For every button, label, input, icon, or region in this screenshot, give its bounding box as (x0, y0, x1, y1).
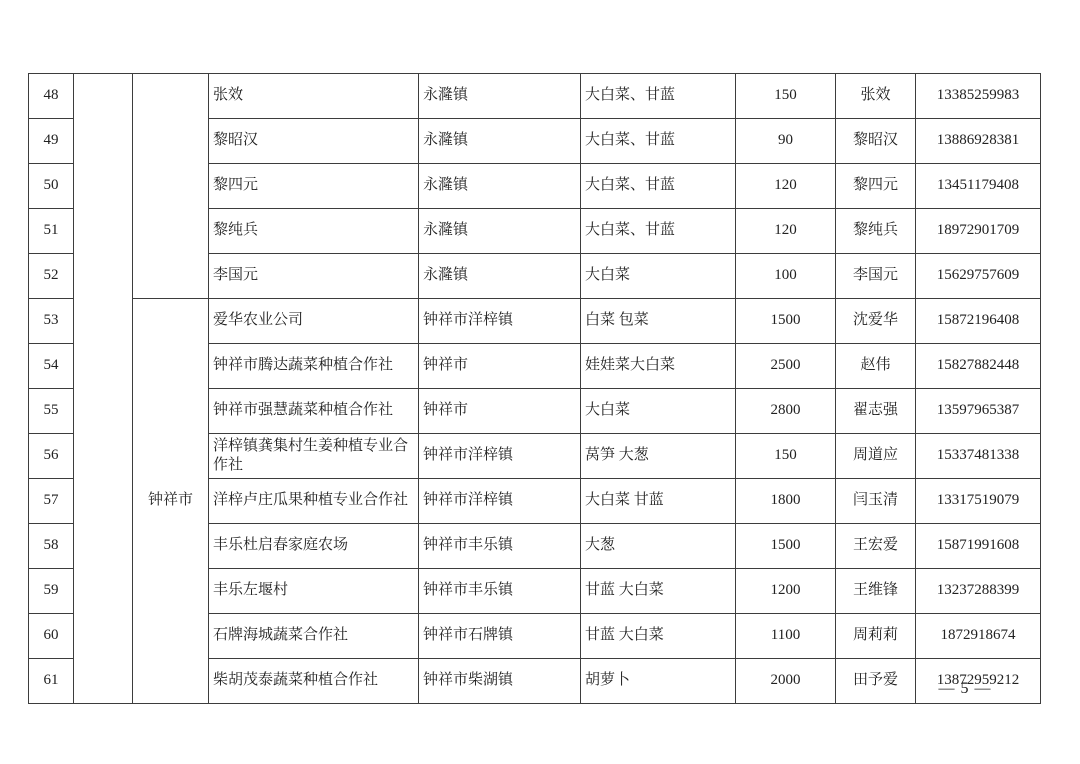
phone-cell: 13597965387 (916, 389, 1041, 434)
contact-cell: 闫玉清 (836, 479, 916, 524)
phone-cell: 15827882448 (916, 344, 1041, 389)
vegetables-cell: 甘蓝 大白菜 (581, 569, 736, 614)
quantity-cell: 2800 (736, 389, 836, 434)
phone-cell: 1872918674 (916, 614, 1041, 659)
quantity-cell: 100 (736, 254, 836, 299)
phone-cell: 15629757609 (916, 254, 1041, 299)
vegetables-cell: 胡萝卜 (581, 659, 736, 704)
name-cell: 丰乐杜启春家庭农场 (209, 524, 419, 569)
contact-cell: 周莉莉 (836, 614, 916, 659)
row-number-cell: 49 (29, 119, 74, 164)
quantity-cell: 2500 (736, 344, 836, 389)
quantity-cell: 2000 (736, 659, 836, 704)
contact-cell: 周道应 (836, 434, 916, 479)
vegetables-cell: 甘蓝 大白菜 (581, 614, 736, 659)
phone-cell: 13317519079 (916, 479, 1041, 524)
contact-cell: 黎昭汉 (836, 119, 916, 164)
quantity-cell: 1100 (736, 614, 836, 659)
table-body: 48张效永漋镇大白菜、甘蓝150张效1338525998349黎昭汉永漋镇大白菜… (29, 74, 1041, 704)
name-cell: 黎四元 (209, 164, 419, 209)
quantity-cell: 1500 (736, 299, 836, 344)
contact-cell: 沈爱华 (836, 299, 916, 344)
town-cell: 永漋镇 (419, 164, 581, 209)
town-cell: 永漋镇 (419, 254, 581, 299)
phone-cell: 18972901709 (916, 209, 1041, 254)
contact-cell: 王维锋 (836, 569, 916, 614)
contact-cell: 张效 (836, 74, 916, 119)
phone-cell: 13385259983 (916, 74, 1041, 119)
town-cell: 钟祥市 (419, 389, 581, 434)
table-row: 48张效永漋镇大白菜、甘蓝150张效13385259983 (29, 74, 1041, 119)
name-cell: 石牌海城蔬菜合作社 (209, 614, 419, 659)
row-number-cell: 54 (29, 344, 74, 389)
vegetables-cell: 白菜 包菜 (581, 299, 736, 344)
contact-cell: 翟志强 (836, 389, 916, 434)
vegetables-cell: 大白菜、甘蓝 (581, 74, 736, 119)
name-cell: 张效 (209, 74, 419, 119)
row-number-cell: 55 (29, 389, 74, 434)
quantity-cell: 120 (736, 164, 836, 209)
quantity-cell: 1800 (736, 479, 836, 524)
name-cell: 洋梓镇龚集村生姜种植专业合作社 (209, 434, 419, 479)
phone-cell: 15871991608 (916, 524, 1041, 569)
quantity-cell: 150 (736, 434, 836, 479)
row-number-cell: 60 (29, 614, 74, 659)
town-cell: 钟祥市洋梓镇 (419, 299, 581, 344)
vegetables-cell: 大白菜、甘蓝 (581, 209, 736, 254)
row-number-cell: 56 (29, 434, 74, 479)
row-number-cell: 59 (29, 569, 74, 614)
row-number-cell: 52 (29, 254, 74, 299)
town-cell: 钟祥市丰乐镇 (419, 524, 581, 569)
vegetables-cell: 大白菜、甘蓝 (581, 119, 736, 164)
vegetables-cell: 大白菜、甘蓝 (581, 164, 736, 209)
vegetables-cell: 莴笋 大葱 (581, 434, 736, 479)
town-cell: 钟祥市洋梓镇 (419, 434, 581, 479)
vegetables-cell: 大白菜 甘蓝 (581, 479, 736, 524)
row-number-cell: 61 (29, 659, 74, 704)
row-number-cell: 57 (29, 479, 74, 524)
quantity-cell: 150 (736, 74, 836, 119)
town-cell: 钟祥市 (419, 344, 581, 389)
phone-cell: 15872196408 (916, 299, 1041, 344)
town-cell: 永漋镇 (419, 209, 581, 254)
town-cell: 永漋镇 (419, 74, 581, 119)
town-cell: 钟祥市丰乐镇 (419, 569, 581, 614)
town-cell: 钟祥市石牌镇 (419, 614, 581, 659)
name-cell: 钟祥市强慧蔬菜种植合作社 (209, 389, 419, 434)
quantity-cell: 90 (736, 119, 836, 164)
row-number-cell: 58 (29, 524, 74, 569)
name-cell: 洋梓卢庄瓜果种植专业合作社 (209, 479, 419, 524)
region-cell (133, 74, 209, 299)
quantity-cell: 120 (736, 209, 836, 254)
contact-cell: 赵伟 (836, 344, 916, 389)
row-number-cell: 50 (29, 164, 74, 209)
name-cell: 柴胡茂泰蔬菜种植合作社 (209, 659, 419, 704)
town-cell: 钟祥市柴湖镇 (419, 659, 581, 704)
producer-table: 48张效永漋镇大白菜、甘蓝150张效1338525998349黎昭汉永漋镇大白菜… (28, 73, 1041, 704)
contact-cell: 李国元 (836, 254, 916, 299)
row-number-cell: 51 (29, 209, 74, 254)
outer-group-cell (74, 74, 133, 704)
vegetables-cell: 大白菜 (581, 389, 736, 434)
table-row: 53钟祥市爱华农业公司钟祥市洋梓镇白菜 包菜1500沈爱华15872196408 (29, 299, 1041, 344)
row-number-cell: 48 (29, 74, 74, 119)
vegetables-cell: 大白菜 (581, 254, 736, 299)
document-page: 48张效永漋镇大白菜、甘蓝150张效1338525998349黎昭汉永漋镇大白菜… (0, 0, 1080, 764)
region-cell: 钟祥市 (133, 299, 209, 704)
name-cell: 黎昭汉 (209, 119, 419, 164)
name-cell: 黎纯兵 (209, 209, 419, 254)
row-number-cell: 53 (29, 299, 74, 344)
vegetables-cell: 大葱 (581, 524, 736, 569)
quantity-cell: 1500 (736, 524, 836, 569)
phone-cell: 13451179408 (916, 164, 1041, 209)
name-cell: 钟祥市腾达蔬菜种植合作社 (209, 344, 419, 389)
name-cell: 爱华农业公司 (209, 299, 419, 344)
name-cell: 丰乐左堰村 (209, 569, 419, 614)
town-cell: 永漋镇 (419, 119, 581, 164)
phone-cell: 13237288399 (916, 569, 1041, 614)
contact-cell: 黎纯兵 (836, 209, 916, 254)
phone-cell: 15337481338 (916, 434, 1041, 479)
town-cell: 钟祥市洋梓镇 (419, 479, 581, 524)
page-number: — 5 — (900, 680, 1030, 698)
vegetables-cell: 娃娃菜大白菜 (581, 344, 736, 389)
name-cell: 李国元 (209, 254, 419, 299)
contact-cell: 王宏爱 (836, 524, 916, 569)
quantity-cell: 1200 (736, 569, 836, 614)
phone-cell: 13886928381 (916, 119, 1041, 164)
contact-cell: 黎四元 (836, 164, 916, 209)
